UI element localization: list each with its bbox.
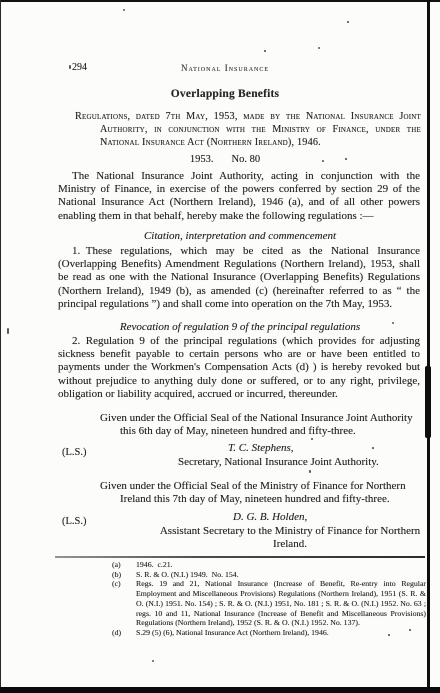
- scan-edge-notch: [425, 366, 431, 438]
- signature-2-title: Assistant Secretary to the Ministry of F…: [150, 525, 430, 551]
- signature-1-name: T. C. Stephens,: [228, 442, 294, 454]
- document-page: 294 National Insurance Overlapping Benef…: [0, 0, 440, 693]
- scan-edge-right: [427, 0, 430, 688]
- footnote-a: (a) 1946. c.21.: [112, 560, 426, 570]
- seal-mark-1: (L.S.): [62, 447, 87, 458]
- document-title: Overlapping Benefits: [60, 88, 390, 100]
- seal-mark-2: (L.S.): [62, 516, 87, 527]
- footnote-b: (b) S. R. & O. (N.I.) 1949. No. 154.: [112, 570, 426, 580]
- section-heading-revocation: Revocation of regulation 9 of the princi…: [60, 321, 420, 333]
- running-header: National Insurance: [60, 63, 390, 73]
- attestation-2-text: Given under the Official Seal of the Min…: [100, 480, 414, 506]
- footnote-b-text: S. R. & O. (N.I.) 1949. No. 154.: [136, 570, 426, 580]
- section-heading-citation: Citation, interpretation and commencemen…: [60, 230, 420, 242]
- instrument-number: 1953.No. 80: [60, 154, 390, 165]
- footnote-c-text: Regs. 19 and 21, National Insurance (Inc…: [136, 579, 426, 628]
- footnote-c: (c) Regs. 19 and 21, National Insurance …: [112, 579, 426, 628]
- scan-edge-bottom: [0, 687, 440, 693]
- footnote-b-marker: (b): [112, 570, 136, 580]
- footnote-divider: [55, 556, 425, 558]
- footnote-a-marker: (a): [112, 560, 136, 570]
- scan-edge-left: [0, 0, 1, 693]
- instrument-no: No. 80: [232, 154, 261, 165]
- footnote-d-text: S.29 (5) (6), National Insurance Act (No…: [136, 628, 426, 638]
- footnote-c-marker: (c): [112, 579, 136, 628]
- footnotes: (a) 1946. c.21. (b) S. R. & O. (N.I.) 19…: [112, 560, 426, 638]
- scan-edge-top: [0, 0, 440, 2]
- footnote-d-marker: (d): [112, 628, 136, 638]
- regulation-2-paragraph: 2. Regulation 9 of the principal regulat…: [58, 335, 420, 401]
- preamble: Regulations, dated 7th May, 1953, made b…: [75, 111, 421, 149]
- instrument-year: 1953.: [190, 154, 214, 165]
- signature-2-name: D. G. B. Holden,: [233, 511, 307, 523]
- signature-1-title: Secretary, National Insurance Joint Auth…: [178, 456, 379, 468]
- enacting-paragraph: The National Insurance Joint Authority, …: [58, 170, 420, 223]
- regulation-1-paragraph: 1. These regulations, which may be cited…: [58, 245, 420, 311]
- footnote-d: (d) S.29 (5) (6), National Insurance Act…: [112, 628, 426, 638]
- footnote-a-text: 1946. c.21.: [136, 560, 426, 570]
- attestation-1-text: Given under the Official Seal of the Nat…: [100, 412, 414, 438]
